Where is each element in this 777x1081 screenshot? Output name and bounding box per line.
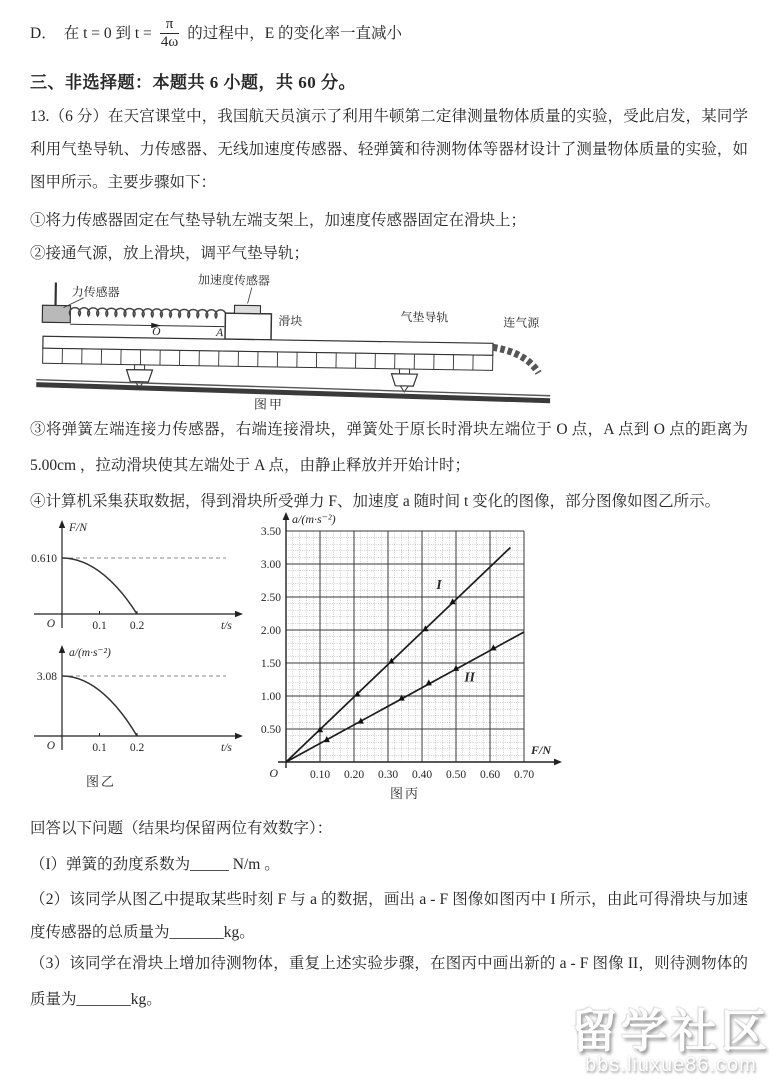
origin-label: O [47,618,56,630]
point-a-label: A [215,327,224,339]
option-d-text-post: 的过程中，E 的变化率一直减小 [187,17,402,50]
x-tick-label: 0.1 [92,620,107,632]
force-sensor-leader [63,298,83,308]
x-axis-title: t/s [221,620,232,632]
y-tick-label: 3.00 [261,559,281,571]
apparatus-diagram: 力传感器 加速度传感器 滑块 气垫导轨 连气源 O A 图甲 [35,270,580,408]
section-header: 三、非选择题：本题共 6 小题，共 60 分。 [30,68,356,93]
graph-a-vs-t: 0.10.23.08Oa/(m·s⁻²)t/s图乙 [28,643,248,791]
y-axis-arrow-icon [59,520,65,528]
x-tick-label: 0.40 [412,769,432,781]
foot-stem [135,365,145,370]
air-source-label: 连气源 [503,314,540,330]
foot-stem [399,369,409,374]
force-sensor-body [42,305,70,322]
track-foot-right [391,369,417,392]
air-hose [493,347,539,373]
x-axis-arrow-icon [554,759,562,766]
figure-caption: 图乙 [86,774,116,789]
step-1: ①将力传感器固定在气垫导轨左端支架上，加速度传感器固定在滑块上； [30,204,748,237]
fig_yi_a_t: 0.10.23.08Oa/(m·s⁻²)t/s图乙 [28,643,248,791]
y-axis-title: F/N [68,522,88,534]
x-axis-title: t/s [221,742,232,754]
question-1: （I）弹簧的劲度系数为_____ N/m 。 [30,848,748,881]
series-label-II: II [463,669,475,684]
x-tick-label: 0.2 [130,620,145,632]
x-tick-label: 0.30 [378,769,398,781]
y-axis-arrow-icon [59,645,65,653]
spring-axis-line [70,324,224,326]
accelerometer-box [234,305,260,313]
force-sensor-label: 力传感器 [72,284,120,300]
question-13-intro: 13.（6 分）在天宫课堂中，我国航天员演示了利用牛顿第二定律测量物体质量的实验… [30,100,748,199]
watermark: 留学社区 bbs.liuxue86.com [571,1007,771,1077]
slider-label: 滑块 [278,313,302,328]
figure-caption: 图丙 [390,786,420,801]
answer-intro: 回答以下问题（结果均保留两位有效数字）： [30,812,748,845]
graph-F-vs-t: 0.10.20.610OF/Nt/s [28,518,248,640]
x-tick-label: 0.20 [344,769,364,781]
fraction-denominator: 4ω [159,34,180,51]
fig_bing: 0.501.001.502.002.503.003.500.100.200.30… [248,510,563,802]
slider-block [225,313,271,340]
x-axis-arrow-icon [235,733,243,739]
fraction-pi-over-4omega: π 4ω [159,16,180,52]
foot-body [391,374,417,386]
x-axis-title: F/N [530,743,552,757]
y-tick-label: 2.00 [261,625,281,637]
y-tick-label: 0.50 [261,724,281,736]
diagram-caption: 图甲 [254,397,284,412]
spring [69,308,226,319]
fraction-numerator: π [160,16,180,34]
accel-sensor-label: 加速度传感器 [198,272,270,288]
x-tick-label: 0.70 [514,769,534,781]
exam-page: D． 在 t = 0 到 t = π 4ω 的过程中，E 的变化率一直减小 三、… [0,0,777,1081]
y-tick-label: 3.50 [261,526,281,538]
y-axis-arrow-icon [283,512,290,520]
foot-body [126,370,152,382]
y-axis-title: a/(m·s⁻²) [69,647,111,659]
x-tick-label: 0.60 [480,769,500,781]
origin-label: O [47,740,56,752]
option-d-label: D． [30,17,57,50]
y-axis-title: a/(m·s⁻²) [292,512,336,526]
option-d-text-pre: 在 t = 0 到 t = [64,17,152,50]
watermark-site-url: bbs.liuxue86.com [571,1054,771,1077]
question-2: （2）该同学从图乙中提取某些时刻 F 与 a 的数据，画出 a - F 图像如图… [30,883,748,949]
watermark-site-name: 留学社区 [571,1007,771,1058]
y-tick-label: 1.00 [261,691,281,703]
fit-line-II [286,632,524,762]
step-3: ③将弹簧左端连接力传感器，右端连接滑块，弹簧处于原长时滑块左端位于 O 点，A … [30,412,748,484]
initial-value-label: 0.610 [31,553,57,565]
decay-curve [62,558,137,614]
fig_yi_F_t: 0.10.20.610OF/Nt/s [28,518,248,640]
decay-curve [62,676,137,736]
graph-a-vs-F: 0.501.001.502.002.503.003.500.100.200.30… [248,510,563,802]
accel-sensor-leader [248,287,252,303]
origin-label: O [269,766,278,780]
x-tick-label: 0.50 [446,769,466,781]
x-tick-label: 0.2 [130,742,145,754]
y-tick-label: 2.50 [261,592,281,604]
step-2: ②接通气源，放上滑块，调平气垫导轨； [30,237,748,270]
air-track-label: 气垫导轨 [400,309,448,325]
option-d: D． 在 t = 0 到 t = π 4ω 的过程中，E 的变化率一直减小 [30,16,402,52]
x-tick-label: 0.1 [92,742,107,754]
point-o-label: O [152,326,161,338]
y-tick-label: 1.50 [261,658,281,670]
series-label-I: I [435,577,442,592]
x-tick-label: 0.10 [310,769,330,781]
x-axis-arrow-icon [235,611,243,617]
apparatus-diagram-svg: 力传感器 加速度传感器 滑块 气垫导轨 连气源 O A 图甲 [34,269,581,416]
track-foot-left [126,365,152,388]
initial-value-label: 3.08 [37,671,57,683]
